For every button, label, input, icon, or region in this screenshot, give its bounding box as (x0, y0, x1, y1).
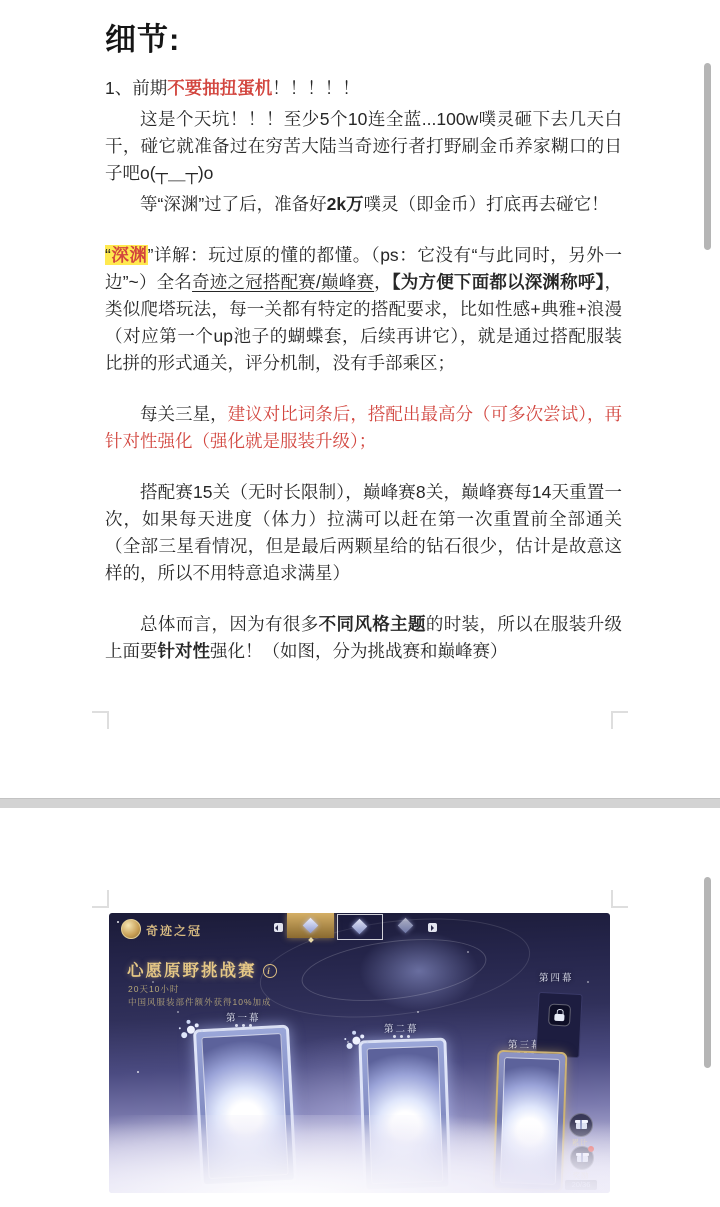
text-run: 搭配赛15关（无时长限制），巅峰赛8关，巅峰赛每14天重置一次，如果每天进度（体… (105, 482, 622, 583)
document-text-area: 细节: 1、前期不要抽扭蛋机！！！！！这是个天坑！！！至少5个10连全蓝...1… (105, 14, 622, 665)
text-run: 不要抽扭蛋机 (167, 78, 272, 98)
doc-paragraph: 每关三星，建议对比词条后，搭配出最高分（可多次尝试），再针对性强化（强化就是服装… (105, 401, 622, 455)
page-corner-mark (611, 890, 628, 908)
game-title: 奇迹之冠 (146, 922, 202, 939)
scrollbar-thumb-lower[interactable] (704, 877, 711, 1068)
text-run: 这是个天坑！！！至少5个10连全蓝...100w噗灵砸下去几天白干，碰它就准备过… (105, 109, 622, 183)
cloud-mist (109, 1115, 610, 1193)
text-run: 深渊 (111, 245, 148, 265)
doc-paragraphs: 1、前期不要抽扭蛋机！！！！！这是个天坑！！！至少5个10连全蓝...100w噗… (105, 75, 622, 665)
doc-paragraph: “深渊”详解：玩过原的懂的都懂。（ps：它没有“与此同时，另外一边”~）全名奇迹… (105, 242, 622, 377)
doc-paragraph: 搭配赛15关（无时长限制），巅峰赛8关，巅峰赛每14天重置一次，如果每天进度（体… (105, 479, 622, 587)
info-icon[interactable]: i (263, 964, 277, 978)
text-run: ！！！！！ (272, 78, 360, 98)
act4-card-locked[interactable] (535, 992, 582, 1058)
text-run: 强化！（如图，分为挑战赛和巅峰赛） (210, 641, 508, 661)
text-run: 2k万 (327, 194, 364, 214)
text-run: 噗灵（即金币）打底再去碰它！ (364, 194, 609, 214)
act1-label: 第一幕 (226, 1010, 261, 1024)
doc-paragraph: 这是个天坑！！！至少5个10连全蓝...100w噗灵砸下去几天白干，碰它就准备过… (105, 106, 622, 187)
act4-label: 第四幕 (539, 970, 574, 984)
game-logo-icon (121, 919, 141, 939)
text-run: “ (105, 245, 111, 265)
page-title: 细节: (105, 14, 622, 59)
flower-decor (187, 1026, 195, 1034)
text-run: 总体而言，因为有很多 (140, 614, 319, 634)
doc-paragraph: 总体而言，因为有很多不同风格主题的时装，所以在服装升级上面要针对性强化！（如图，… (105, 611, 622, 665)
star-sparkles (117, 921, 119, 923)
text-run: 等“深渊”过了后，准备好 (140, 194, 327, 214)
tab-arrow-left-icon[interactable] (274, 923, 283, 932)
text-run: 1、前期 (105, 78, 167, 98)
tab-second[interactable] (337, 914, 383, 940)
lock-icon (548, 1003, 571, 1026)
text-run: 【为方便下面都以深渊称呼】 (392, 272, 605, 292)
act2-label: 第二幕 (384, 1021, 419, 1035)
event-bonus-note: 中国风服装部件额外获得10%加成 (128, 996, 272, 1008)
page-corner-mark (92, 711, 109, 729)
scrollbar-thumb-upper[interactable] (704, 63, 711, 250)
screenshot-root: 细节: 1、前期不要抽扭蛋机！！！！！这是个天坑！！！至少5个10连全蓝...1… (0, 0, 720, 1207)
tab-arrow-right-icon[interactable] (428, 923, 437, 932)
event-title: 心愿原野挑战赛i (127, 957, 277, 981)
text-run: 不同风格主题 (319, 614, 426, 634)
event-duration: 20天10小时 (128, 983, 179, 995)
text-run: 奇迹之冠搭配赛/巅峰赛 (192, 272, 374, 292)
page-corner-mark (92, 890, 109, 908)
game-screenshot: 奇迹之冠 心愿原野挑战赛i 20天10小时 中国风服装部件额外获得10%加成 第… (109, 913, 610, 1193)
doc-paragraph: 1、前期不要抽扭蛋机！！！！！ (105, 75, 622, 102)
act2-star-dots (393, 1035, 410, 1038)
text-run: 每关三星， (140, 404, 228, 424)
ornament-icon (303, 918, 319, 934)
doc-paragraph: 等“深渊”过了后，准备好2k万噗灵（即金币）打底再去碰它！ (105, 191, 622, 218)
page-corner-mark (611, 711, 628, 729)
text-run: 针对性 (158, 641, 211, 661)
text-run: ， (374, 272, 392, 292)
flower-decor (352, 1037, 360, 1045)
ornament-icon (352, 919, 368, 935)
tab-challenge-active[interactable] (287, 913, 334, 938)
page-break-divider (0, 798, 720, 808)
